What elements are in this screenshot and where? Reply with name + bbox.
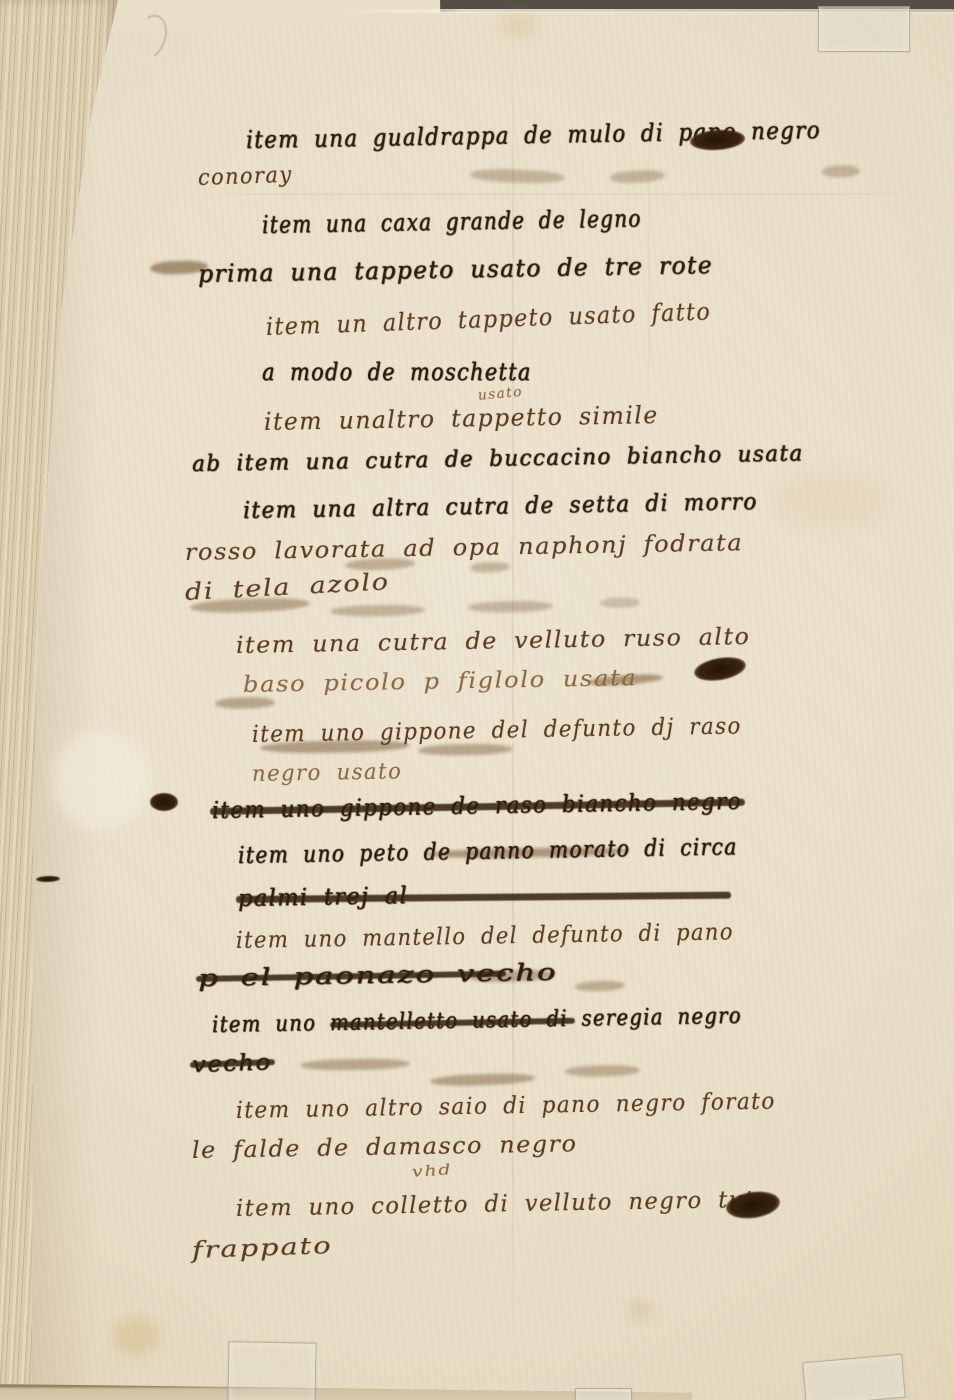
paper-stain — [52, 730, 152, 830]
fold-crease — [180, 193, 950, 195]
manuscript-line: conoray — [198, 163, 293, 191]
manuscript-scan: item una gualdrappa de mulo di pano negr… — [0, 0, 954, 1400]
tape-strip — [227, 1341, 316, 1400]
paper-stain — [112, 1316, 160, 1356]
manuscript-line: frappato — [192, 1233, 333, 1264]
paper-stain — [498, 12, 538, 38]
manuscript-line: a modo de moschetta — [262, 358, 532, 386]
ink-blot — [150, 793, 178, 811]
paper-stain — [628, 1300, 654, 1320]
paper-stain — [770, 470, 890, 530]
manuscript-line: negro usato — [252, 759, 403, 787]
tape-strip — [575, 1388, 632, 1400]
tape-strip — [818, 6, 910, 52]
manuscript-line: vhd — [411, 1160, 452, 1181]
tape-strip — [802, 1354, 905, 1400]
